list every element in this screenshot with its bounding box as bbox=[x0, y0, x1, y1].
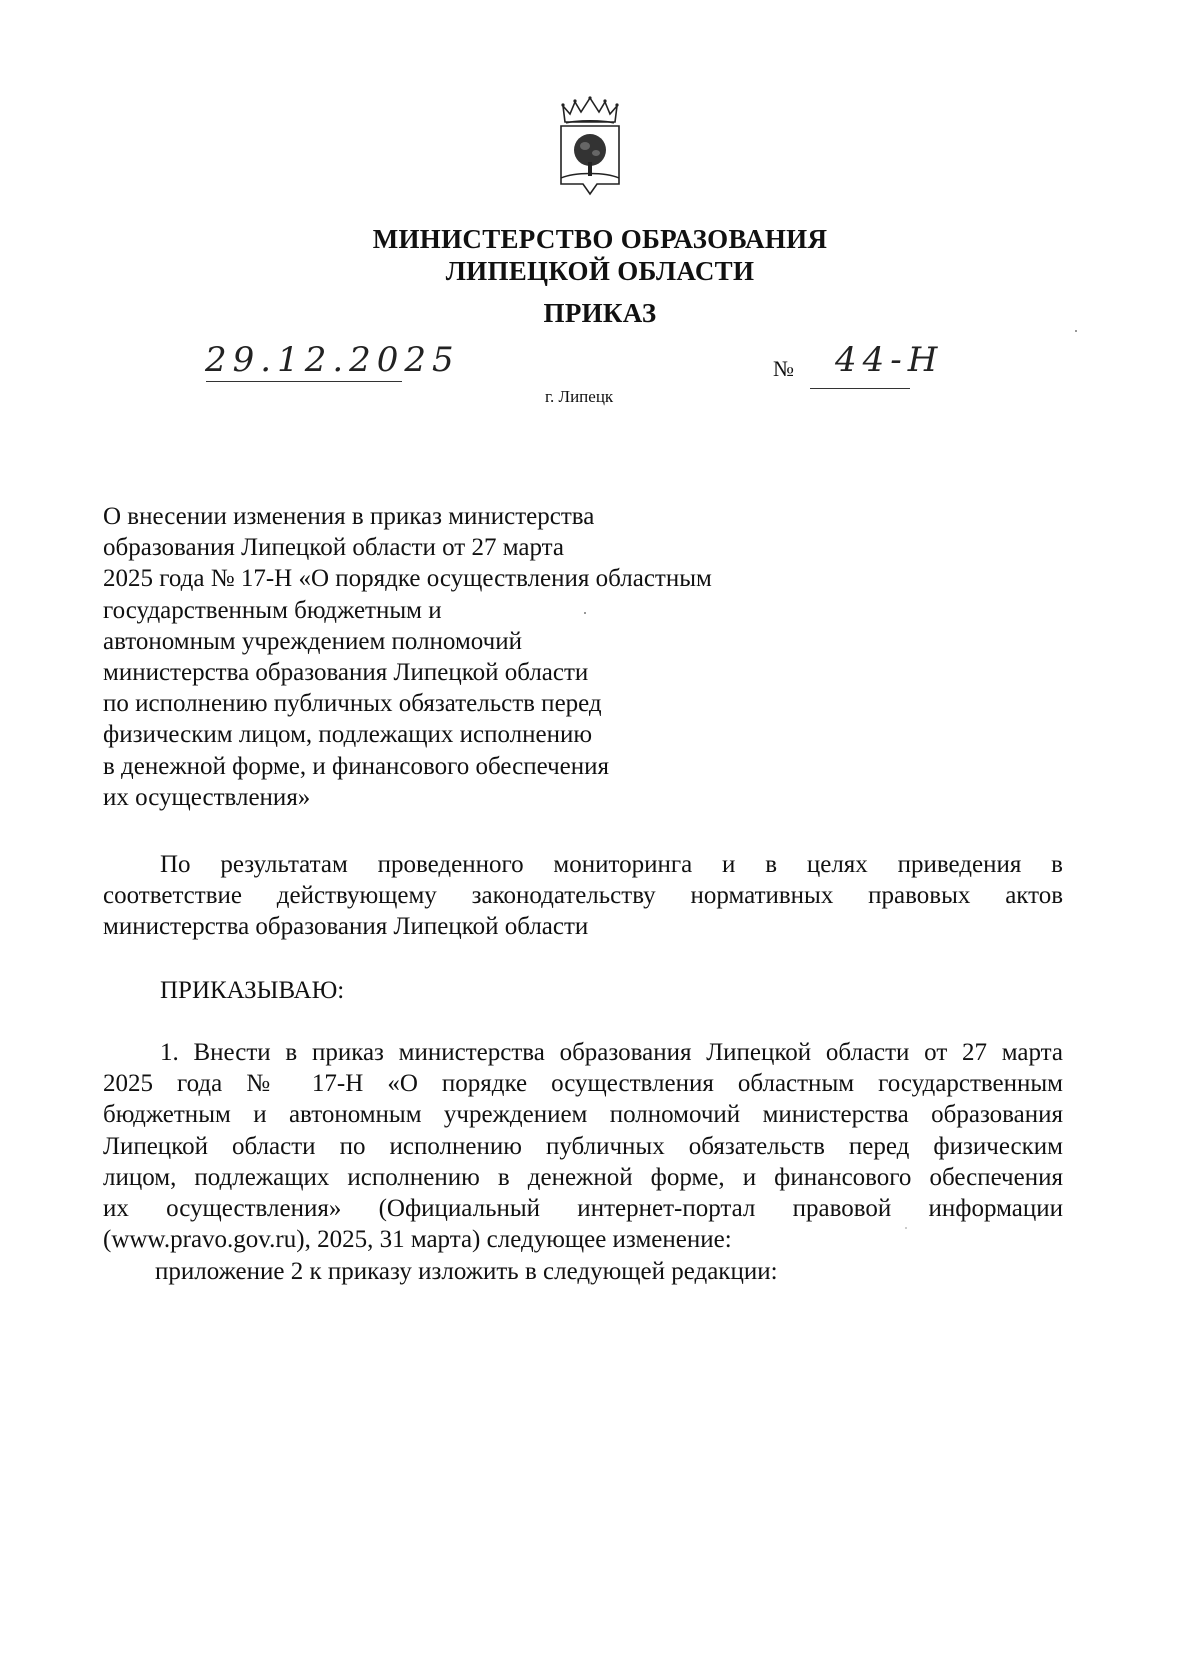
item-1-line: бюджетным и автономным учреждением полно… bbox=[103, 1099, 1063, 1130]
title-line: в денежной форме, и финансового обеспече… bbox=[103, 751, 712, 782]
item-1-line: 1. Внести в приказ министерства образова… bbox=[103, 1037, 1063, 1068]
title-line: О внесении изменения в приказ министерст… bbox=[103, 501, 712, 532]
doc-type-title: ПРИКАЗ bbox=[0, 297, 1200, 329]
title-line: министерства образования Липецкой област… bbox=[103, 657, 712, 688]
number-label: № bbox=[773, 356, 794, 382]
preamble-paragraph: По результатам проведенного мониторинга … bbox=[103, 849, 1063, 943]
item-1-line: их осуществления» (Официальный интернет-… bbox=[103, 1193, 1063, 1224]
org-name-line2: ЛИПЕЦКОЙ ОБЛАСТИ bbox=[0, 255, 1200, 287]
title-line: образования Липецкой области от 27 марта bbox=[103, 532, 712, 563]
item-1-subclause: приложение 2 к приказу изложить в следую… bbox=[155, 1256, 1115, 1287]
scan-speck bbox=[1075, 330, 1077, 332]
coat-of-arms-icon bbox=[557, 96, 623, 196]
org-name-line1: МИНИСТЕРСТВО ОБРАЗОВАНИЯ bbox=[0, 223, 1200, 255]
title-line: 2025 года № 17-Н «О порядке осуществлени… bbox=[103, 563, 712, 594]
date-underline bbox=[206, 381, 402, 382]
item-1-line: лицом, подлежащих исполнению в денежной … bbox=[103, 1162, 1063, 1193]
title-line: государственным бюджетным и bbox=[103, 595, 712, 626]
title-line: их осуществления» bbox=[103, 782, 712, 813]
order-word: ПРИКАЗЫВАЮ: bbox=[160, 975, 1120, 1006]
scan-speck bbox=[905, 1227, 907, 1229]
city-label: г. Липецк bbox=[545, 387, 613, 407]
preamble-line: соответствие действующему законодательст… bbox=[103, 880, 1063, 911]
order-title: О внесении изменения в приказ министерст… bbox=[103, 501, 712, 813]
title-line: физическим лицом, подлежащих исполнению bbox=[103, 719, 712, 750]
item-1-line: 2025 года № 17-Н «О порядке осуществлени… bbox=[103, 1068, 1063, 1099]
scan-speck bbox=[584, 612, 586, 614]
item-1-paragraph: 1. Внести в приказ министерства образова… bbox=[103, 1037, 1063, 1255]
handwritten-date: 29.12.2025 bbox=[205, 340, 460, 380]
handwritten-number: 44-Н bbox=[835, 340, 943, 380]
item-1-line: (www.pravo.gov.ru), 2025, 31 марта) след… bbox=[103, 1224, 1063, 1255]
document-page: МИНИСТЕРСТВО ОБРАЗОВАНИЯ ЛИПЕЦКОЙ ОБЛАСТ… bbox=[0, 0, 1200, 1672]
title-line: автономным учреждением полномочий bbox=[103, 626, 712, 657]
title-line: по исполнению публичных обязательств пер… bbox=[103, 688, 712, 719]
number-underline bbox=[810, 388, 910, 389]
preamble-line: По результатам проведенного мониторинга … bbox=[103, 849, 1063, 880]
preamble-line: министерства образования Липецкой област… bbox=[103, 911, 1063, 942]
item-1-line: Липецкой области по исполнению публичных… bbox=[103, 1131, 1063, 1162]
